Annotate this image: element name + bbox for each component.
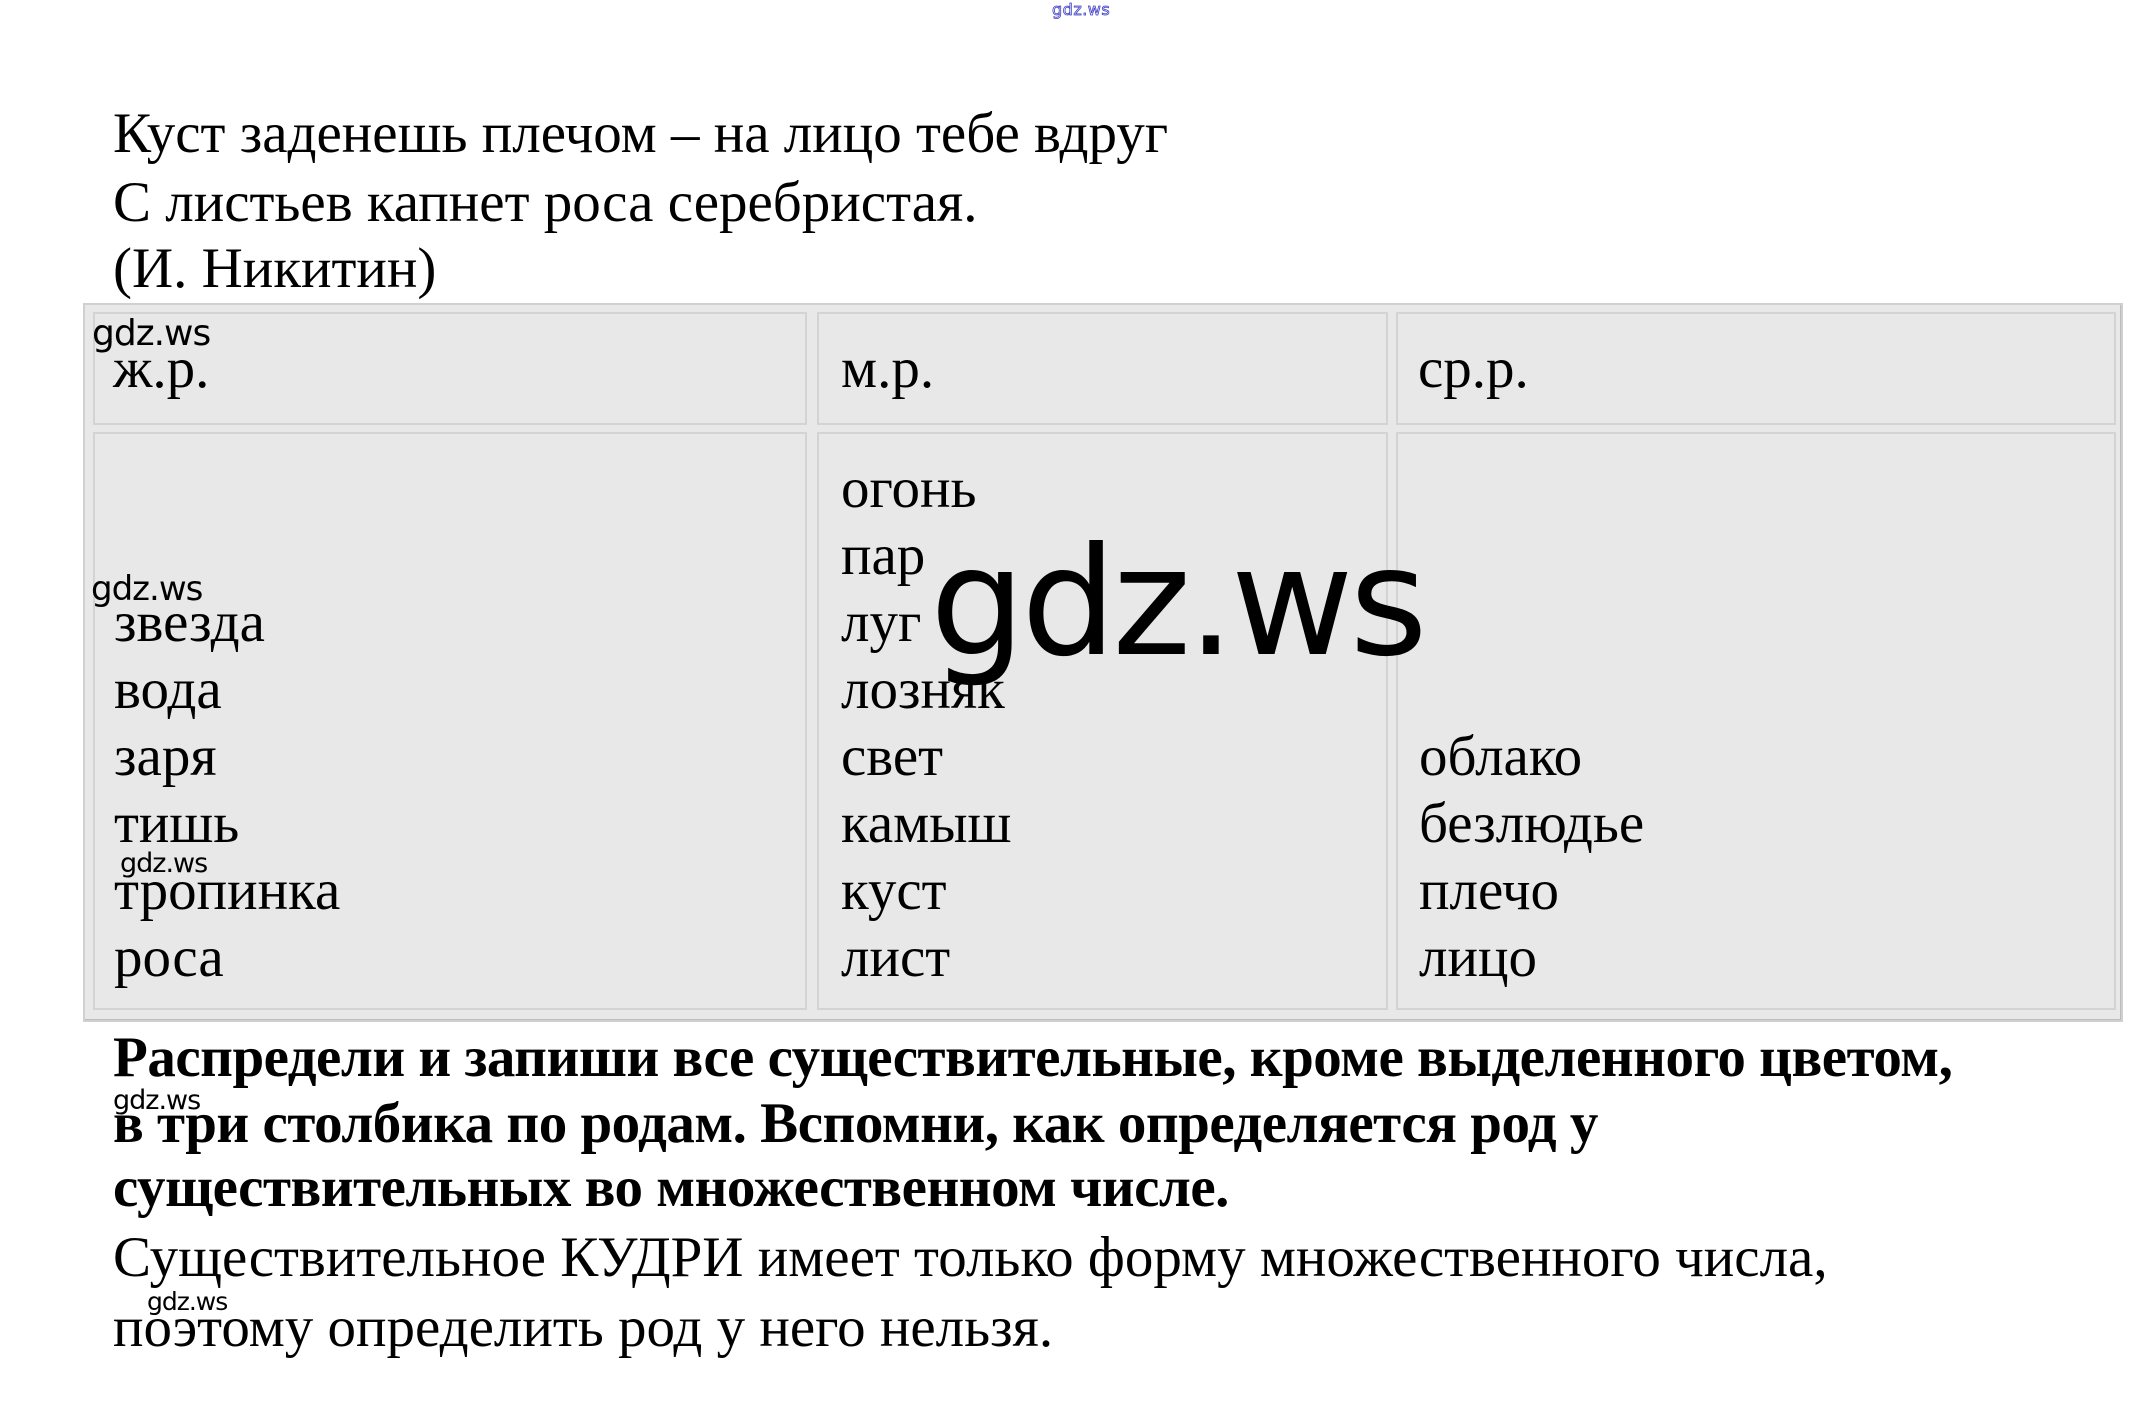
word-item: вода [114,661,222,718]
watermark-left-column-lower: gdz.ws [120,850,207,877]
word-item: лицо [1419,929,1537,986]
word-item: тишь [114,795,239,852]
watermark-header: gdz.ws [92,316,210,352]
watermark-top: gdz.ws [1052,2,1110,18]
word-item: огонь [841,460,976,517]
watermark-left-column: gdz.ws [91,572,202,606]
word-item: свет [841,728,943,785]
body-cell-feminine [93,432,807,1010]
word-item: пар [841,527,925,584]
poem-line: Куст заденешь плечом – на лицо тебе вдру… [113,105,1168,162]
header-neuter: ср.р. [1418,340,1529,397]
task-line: существительных во множественном числе. [113,1159,1229,1216]
word-item: луг [841,594,921,651]
poem-line: С листьев капнет роса серебристая. [113,174,977,231]
word-item: облако [1419,728,1582,785]
watermark-answer: gdz.ws [147,1289,227,1314]
word-item: камыш [841,795,1011,852]
word-item: безлюдье [1419,795,1644,852]
task-line: в три столбика по родам. Вспомни, как оп… [113,1095,1598,1152]
word-item: плечо [1419,862,1559,919]
answer-line: поэтому определить род у него нельзя. [113,1299,1053,1356]
poem-author: (И. Никитин) [113,240,436,297]
word-item: куст [841,862,947,919]
word-item: заря [114,728,217,785]
watermark-task: gdz.ws [113,1087,200,1114]
word-item: роса [114,929,224,986]
task-line: Распредели и запиши все существительные,… [113,1029,1952,1086]
word-item: лист [841,929,950,986]
watermark-center: gdz.ws [930,528,1424,678]
body-cell-neuter [1396,432,2116,1010]
answer-line: Существительное КУДРИ имеет только форму… [113,1229,1828,1286]
header-masculine: м.р. [841,340,934,397]
